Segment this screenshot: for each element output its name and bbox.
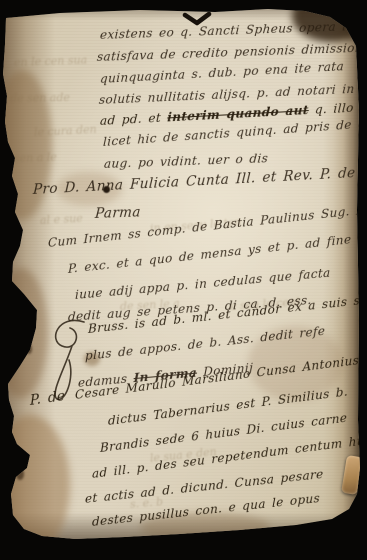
manuscript-page: en le cen sua de sen ade le cura den sen… [0, 0, 367, 560]
line-segment: ad pd. et [100, 110, 168, 128]
stain [0, 268, 48, 398]
edge-spot [26, 344, 32, 354]
place-name: Parma [95, 205, 142, 221]
showthrough-text: le cura den [34, 123, 97, 139]
heading-line: Pro D. Anna Fulicia Cunta Ill. et Rev. P… [33, 164, 367, 197]
showthrough-text: al e sue [40, 212, 83, 227]
edge-spot [16, 468, 24, 480]
handwritten-line: aug. po vidint. uer o dis [104, 151, 269, 171]
showthrough-text: sen a le [14, 151, 57, 165]
showthrough-text: en le cen sua [14, 53, 88, 69]
manuscript-photo: en le cen sua de sen ade le cura den sen… [0, 0, 367, 560]
stain [0, 415, 70, 555]
edge-spot [20, 298, 27, 310]
showthrough-text: de sen ade [10, 91, 70, 105]
edge-tab [341, 455, 363, 495]
line-segment: q. illo casu sola [308, 97, 367, 117]
handwritten-line: quinquaginta s. dub. po ena ite rata [100, 59, 345, 86]
